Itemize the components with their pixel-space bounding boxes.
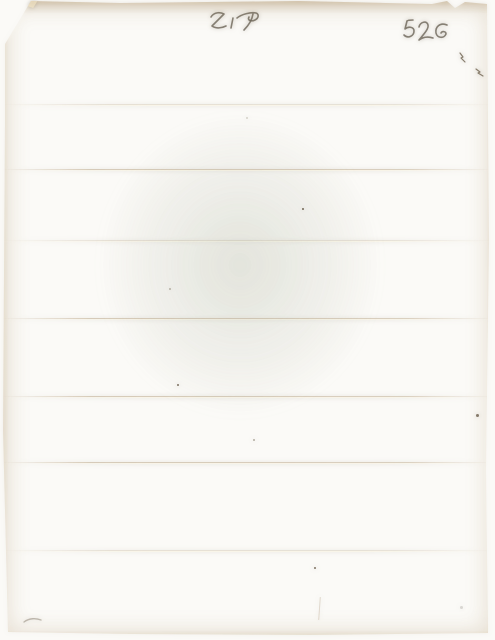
paper-speck <box>246 117 248 119</box>
paper-speck <box>253 439 255 441</box>
handwritten-mark-z17: Z17 <box>204 5 264 37</box>
fold-line <box>0 169 495 171</box>
torn-corner-flap <box>22 0 38 8</box>
smudge-icon <box>452 48 488 82</box>
paper-speck <box>169 288 171 290</box>
smudge-bottom-left <box>22 615 44 625</box>
bleed-through-stain <box>95 110 385 420</box>
pencil-scribble-icon <box>204 5 264 37</box>
fold-line <box>0 396 495 398</box>
fold-line <box>0 104 495 106</box>
paper-sheet: Z17 526 <box>0 0 495 640</box>
fold-line <box>0 550 495 552</box>
paper-shadow: Z17 526 <box>0 0 495 640</box>
paper-speck <box>302 208 304 210</box>
fold-line <box>0 318 495 320</box>
paper-speck <box>460 606 463 609</box>
fold-line <box>0 240 495 242</box>
scratch-mark <box>318 597 321 620</box>
pencil-number-icon <box>400 12 454 44</box>
smudge-icon <box>22 615 44 625</box>
pencil-smudge <box>452 48 488 82</box>
paper-speck <box>177 384 179 386</box>
fold-line <box>0 462 495 464</box>
scanned-page: Z17 526 <box>0 0 495 640</box>
paper-speck <box>476 414 479 417</box>
paper-speck <box>314 567 316 569</box>
handwritten-number-526: 526 <box>400 12 454 44</box>
